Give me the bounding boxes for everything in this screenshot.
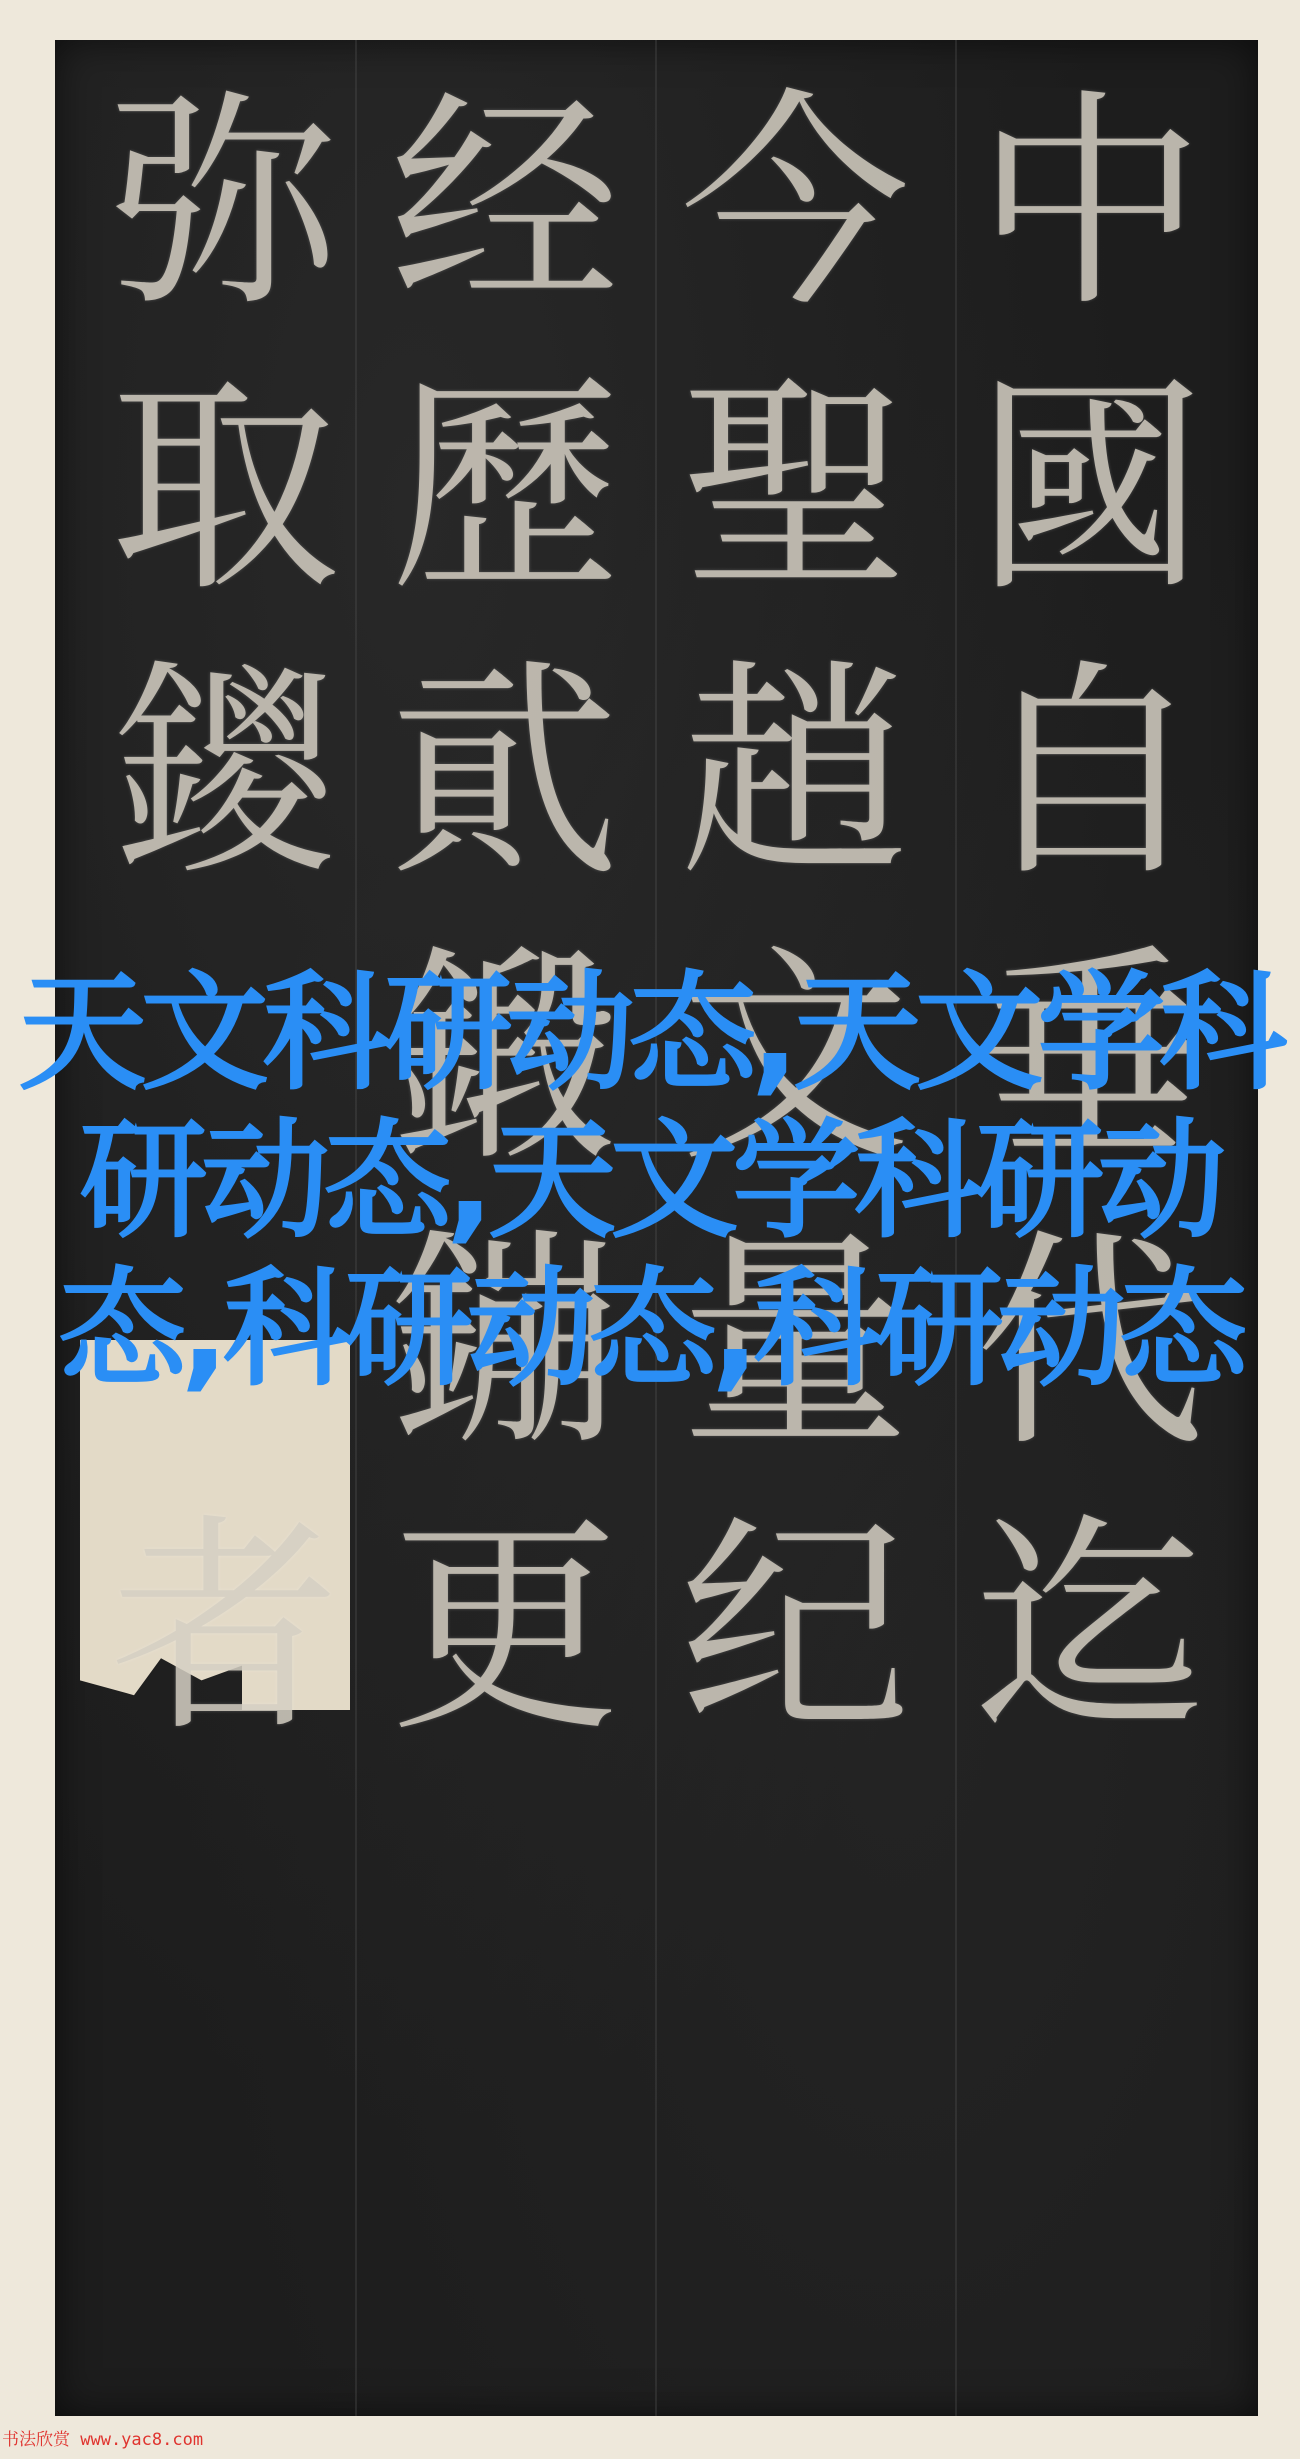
calligraphy-column-2: 经 歷 貮 鍛 鏰 更: [355, 90, 655, 1745]
calligraphy-glyph: 取: [110, 375, 340, 605]
calligraphy-glyph: 者: [110, 1515, 340, 1745]
calligraphy-glyph: 國: [975, 375, 1205, 605]
calligraphy-glyph: 聖: [680, 375, 910, 605]
overlay-title-text: 天文科研动态,天文学科研动态,天文学科研动态,科研动态,科研动态: [0, 960, 1300, 1404]
calligraphy-column-4: 中 國 自 垂 代 迄: [940, 90, 1240, 1745]
calligraphy-glyph: 纪: [680, 1515, 910, 1745]
calligraphy-glyph: 自: [975, 660, 1205, 890]
calligraphy-glyph: 更: [390, 1515, 620, 1745]
calligraphy-column-1: 弥 取 鑁 其 其 者: [75, 90, 375, 1745]
calligraphy-glyph: 歷: [390, 375, 620, 605]
calligraphy-glyph: 中: [975, 90, 1205, 320]
calligraphy-glyph: 弥: [110, 90, 340, 320]
calligraphy-glyph: 趙: [680, 660, 910, 890]
calligraphy-glyph: 貮: [390, 660, 620, 890]
calligraphy-glyph: 迄: [975, 1515, 1205, 1745]
calligraphy-glyph: 鑁: [110, 660, 340, 890]
calligraphy-glyph: 今: [680, 90, 910, 320]
calligraphy-column-3: 今 聖 趙 文 量 纪: [645, 90, 945, 1745]
watermark-text: 书法欣赏 www.yac8.com: [2, 2425, 203, 2450]
calligraphy-glyph: 经: [390, 90, 620, 320]
